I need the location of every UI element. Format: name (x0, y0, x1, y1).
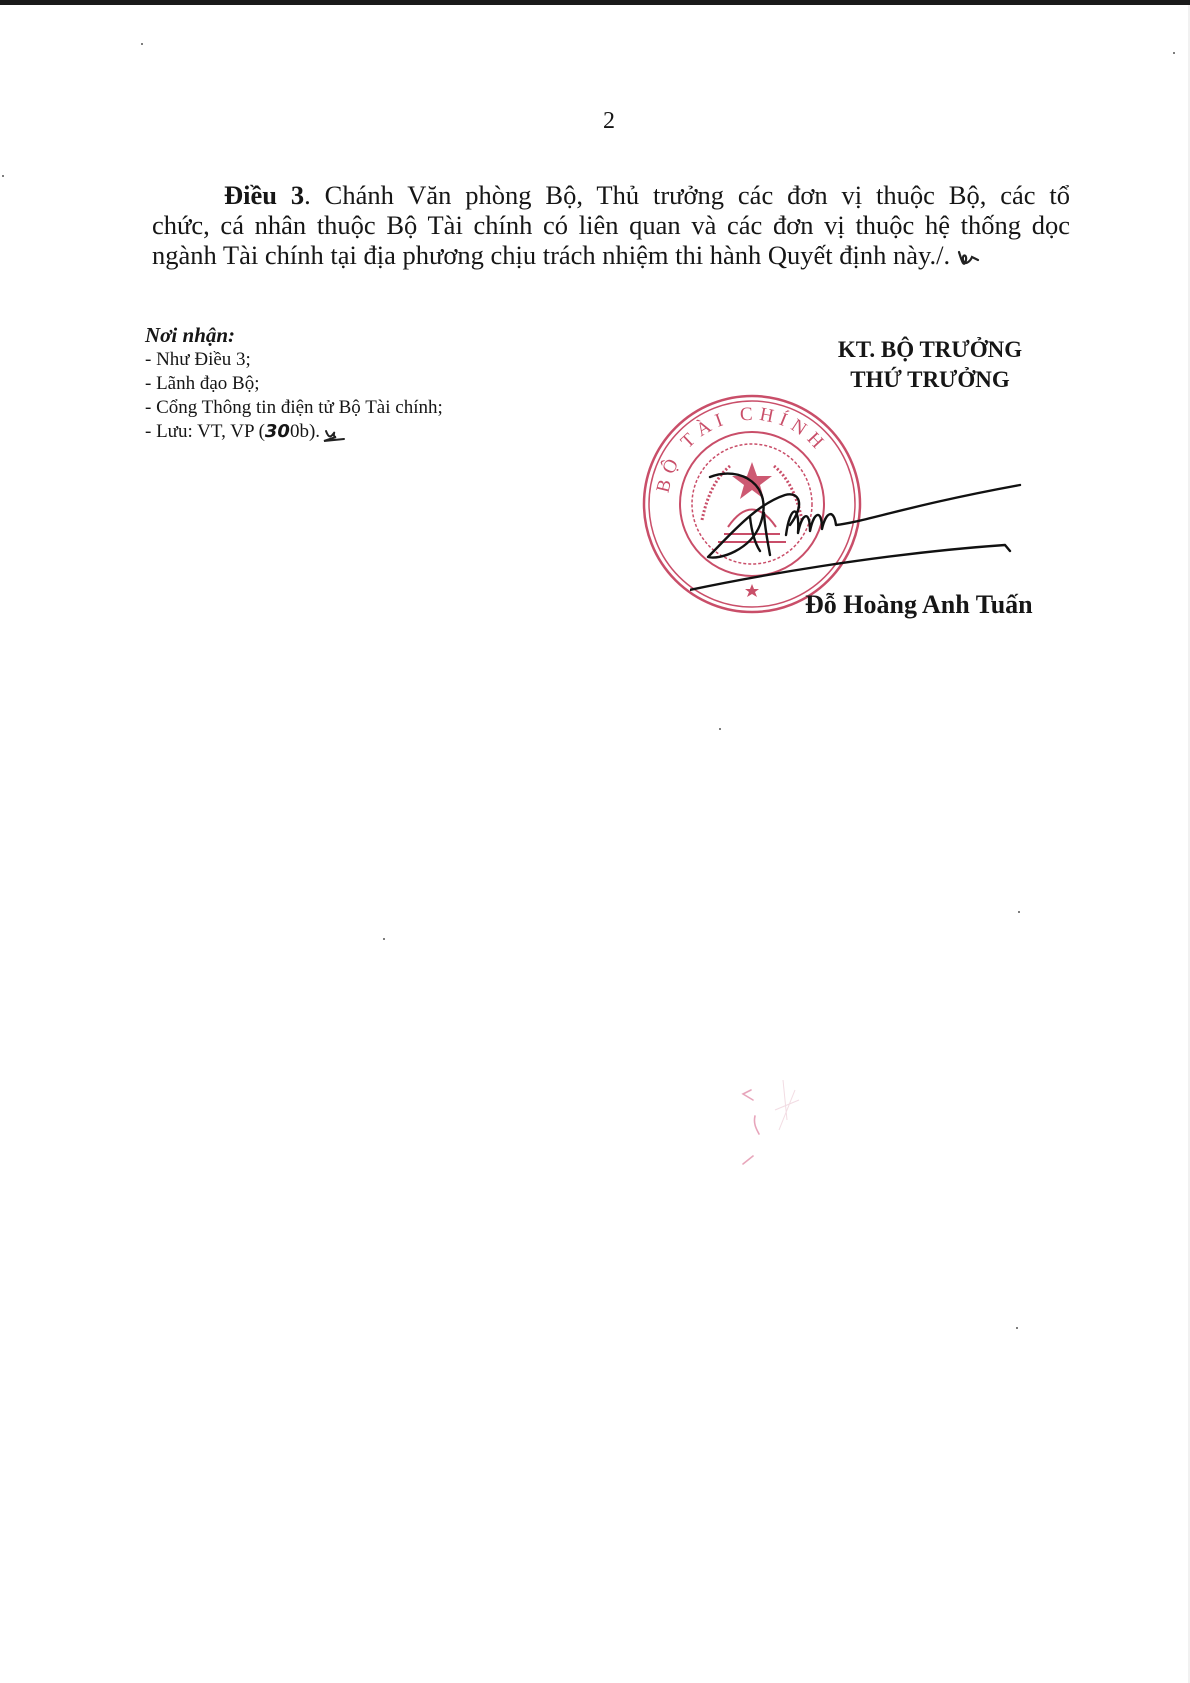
faint-stamp-bleed-icon (735, 1070, 825, 1170)
recipient-item-archive: - Lưu: VT, VP (300b). (145, 420, 443, 450)
scan-speck (719, 728, 721, 730)
scan-speck (1016, 1327, 1018, 1329)
handwritten-signature-icon (690, 465, 1090, 605)
scan-speck (1173, 52, 1175, 54)
scan-speck (141, 43, 143, 45)
handwritten-initial-icon (322, 426, 346, 450)
handwritten-copies: 30 (265, 421, 290, 442)
recipients-block: Nơi nhận: - Như Điều 3; - Lãnh đạo Bộ; -… (145, 322, 443, 450)
scan-speck (2, 175, 4, 177)
recipient-item: - Lãnh đạo Bộ; (145, 372, 443, 396)
article-line-1: Điều 3. Chánh Văn phòng Bộ, Thủ trưởng c… (152, 180, 1070, 210)
article-line-3: ngành Tài chính tại địa phương chịu trác… (152, 240, 1070, 276)
article-line-2: chức, cá nhân thuộc Bộ Tài chính có liên… (152, 210, 1070, 240)
authority-line-2: THỨ TRƯỞNG (770, 365, 1090, 395)
signer-name: Đỗ Hoàng Anh Tuấn (805, 590, 1033, 620)
article-3: Điều 3. Chánh Văn phòng Bộ, Thủ trưởng c… (152, 180, 1070, 276)
scan-speck (383, 938, 385, 940)
handwritten-initial-icon (956, 246, 982, 276)
scan-speck (1018, 911, 1020, 913)
authority-line-1: KT. BỘ TRƯỞNG (770, 335, 1090, 365)
signature-authority: KT. BỘ TRƯỞNG THỨ TRƯỞNG (770, 335, 1090, 395)
page-number: 2 (603, 108, 615, 135)
recipient-item: - Như Điều 3; (145, 348, 443, 372)
recipient-item: - Cổng Thông tin điện tử Bộ Tài chính; (145, 396, 443, 420)
scan-top-edge (0, 0, 1190, 5)
article-label: Điều 3 (224, 180, 304, 210)
recipients-heading: Nơi nhận: (145, 322, 443, 348)
